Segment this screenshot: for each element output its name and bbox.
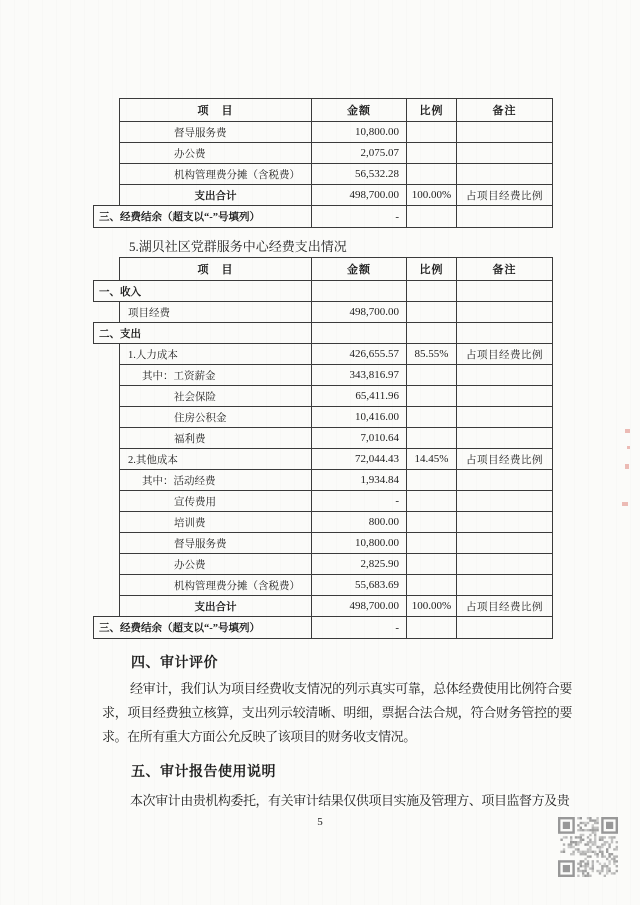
scan-edge-mark bbox=[625, 464, 629, 469]
ratio-cell bbox=[407, 512, 457, 532]
item-label: 2.其他成本 bbox=[128, 452, 178, 467]
audit-evaluation-paragraph: 经审计，我们认为项目经费收支情况的列示真实可靠，总体经费使用比例符合要求，项目经… bbox=[102, 677, 572, 749]
qr-code-stamp bbox=[558, 817, 618, 877]
amount-value: 10,416.00 bbox=[355, 411, 399, 423]
ratio-cell bbox=[407, 554, 457, 574]
amount-value: 498,700.00 bbox=[350, 306, 400, 318]
amount-value: 55,683.69 bbox=[355, 579, 399, 591]
item-cell: 机构管理费分摊（含税费） bbox=[120, 164, 312, 184]
item-label: 办公费 bbox=[174, 146, 206, 161]
ratio-value: 100.00% bbox=[412, 189, 451, 201]
table-header-row: 项 目 金额 比例 备注 bbox=[120, 258, 552, 281]
item-cell: 支出合计 bbox=[120, 596, 312, 616]
item-cell: 宣传费用 bbox=[120, 491, 312, 511]
item-cell: 三、经费结余（超支以“-”号填列） bbox=[120, 617, 312, 638]
item-label: 支出合计 bbox=[195, 599, 237, 614]
note-cell bbox=[457, 164, 552, 184]
table-row: 督导服务费 10,800.00 bbox=[120, 122, 552, 143]
note-value: 占项目经费比例 bbox=[466, 452, 543, 467]
header-cell: 金额 bbox=[312, 258, 407, 280]
amount-cell: 72,044.43 bbox=[312, 449, 407, 469]
item-label: 培训费 bbox=[174, 515, 206, 530]
table-header-row: 项 目 金额 比例 备注 bbox=[120, 99, 552, 122]
note-cell bbox=[457, 386, 552, 406]
item-cell: 1.人力成本 bbox=[120, 344, 312, 364]
item-label: 机构管理费分摊（含税费） bbox=[174, 167, 300, 182]
note-cell bbox=[457, 575, 552, 595]
column-label: 金额 bbox=[347, 261, 371, 277]
report-usage-paragraph: 本次审计由贵机构委托，有关审计结果仅供项目实施及管理方、项目监督方及贵 bbox=[102, 789, 572, 813]
note-cell bbox=[457, 470, 552, 490]
ratio-value: 85.55% bbox=[415, 348, 449, 360]
expense-table-main: 项 目 金额 比例 备注 一、收入 项目经费 498,700.00 二、支出 1… bbox=[119, 257, 553, 639]
ratio-cell bbox=[407, 491, 457, 511]
amount-cell: 1,934.84 bbox=[312, 470, 407, 490]
ratio-cell bbox=[407, 302, 457, 322]
note-cell bbox=[457, 302, 552, 322]
ratio-cell bbox=[407, 122, 457, 142]
note-cell bbox=[457, 365, 552, 385]
header-cell: 项 目 bbox=[120, 99, 312, 121]
item-label: 其中：活动经费 bbox=[142, 473, 216, 488]
column-label: 项 目 bbox=[198, 261, 234, 277]
item-label: 社会保险 bbox=[174, 389, 216, 404]
amount-cell: 343,816.97 bbox=[312, 365, 407, 385]
amount-value: 1,934.84 bbox=[361, 474, 400, 486]
amount-value: 498,700.00 bbox=[350, 600, 400, 612]
note-cell: 占项目经费比例 bbox=[457, 185, 552, 205]
amount-value: 426,655.57 bbox=[350, 348, 400, 360]
table-row: 福利费 7,010.64 bbox=[120, 428, 552, 449]
header-cell: 比例 bbox=[407, 99, 457, 121]
note-cell bbox=[457, 143, 552, 163]
note-cell bbox=[457, 323, 552, 343]
header-cell: 项 目 bbox=[120, 258, 312, 280]
column-label: 比例 bbox=[420, 261, 444, 277]
column-label: 比例 bbox=[420, 102, 444, 118]
ratio-cell: 100.00% bbox=[407, 185, 457, 205]
note-cell bbox=[457, 407, 552, 427]
item-cell: 办公费 bbox=[120, 143, 312, 163]
expense-table-top: 项 目 金额 比例 备注 督导服务费 10,800.00 办公费 2,075.0… bbox=[119, 98, 553, 228]
column-label: 金额 bbox=[347, 102, 371, 118]
amount-cell bbox=[312, 323, 407, 343]
item-label: 住房公积金 bbox=[174, 410, 227, 425]
note-cell: 占项目经费比例 bbox=[457, 344, 552, 364]
table-row: 项目经费 498,700.00 bbox=[120, 302, 552, 323]
ratio-cell bbox=[407, 617, 457, 638]
amount-value: 7,010.64 bbox=[361, 432, 400, 444]
section-5-heading: 5.湖贝社区党群服务中心经费支出情况 bbox=[129, 236, 347, 255]
item-cell: 项目经费 bbox=[120, 302, 312, 322]
note-cell bbox=[457, 554, 552, 574]
ratio-cell bbox=[407, 323, 457, 343]
item-label: 督导服务费 bbox=[174, 536, 227, 551]
item-cell: 其中：活动经费 bbox=[120, 470, 312, 490]
item-cell: 培训费 bbox=[120, 512, 312, 532]
ratio-cell bbox=[407, 470, 457, 490]
table-row: 培训费 800.00 bbox=[120, 512, 552, 533]
note-cell bbox=[457, 491, 552, 511]
ratio-cell bbox=[407, 428, 457, 448]
table-row: 其中：活动经费 1,934.84 bbox=[120, 470, 552, 491]
item-cell: 社会保险 bbox=[120, 386, 312, 406]
amount-cell: 800.00 bbox=[312, 512, 407, 532]
ratio-cell bbox=[407, 386, 457, 406]
table-row-total: 支出合计 498,700.00 100.00% 占项目经费比例 bbox=[120, 596, 552, 617]
table-row-section: 三、经费结余（超支以“-”号填列） - bbox=[120, 617, 552, 638]
amount-value: - bbox=[395, 622, 399, 634]
note-cell bbox=[457, 617, 552, 638]
item-cell: 督导服务费 bbox=[120, 122, 312, 142]
item-label: 1.人力成本 bbox=[128, 347, 178, 362]
table-row: 住房公积金 10,416.00 bbox=[120, 407, 552, 428]
item-label: 三、经费结余（超支以“-”号填列） bbox=[99, 209, 260, 224]
item-label: 二、支出 bbox=[99, 326, 141, 341]
item-label: 机构管理费分摊（含税费） bbox=[174, 578, 300, 593]
amount-cell: - bbox=[312, 491, 407, 511]
amount-cell: - bbox=[312, 617, 407, 638]
table-row: 机构管理费分摊（含税费） 56,532.28 bbox=[120, 164, 552, 185]
report-usage-heading: 五、审计报告使用说明 bbox=[131, 761, 276, 781]
amount-cell bbox=[312, 281, 407, 301]
table-row: 机构管理费分摊（含税费） 55,683.69 bbox=[120, 575, 552, 596]
item-label: 办公费 bbox=[174, 557, 206, 572]
item-cell: 支出合计 bbox=[120, 185, 312, 205]
item-cell: 二、支出 bbox=[120, 323, 312, 343]
amount-value: 56,532.28 bbox=[355, 168, 399, 180]
table-row: 办公费 2,825.90 bbox=[120, 554, 552, 575]
item-cell: 住房公积金 bbox=[120, 407, 312, 427]
item-cell: 2.其他成本 bbox=[120, 449, 312, 469]
item-cell: 办公费 bbox=[120, 554, 312, 574]
item-label: 三、经费结余（超支以“-”号填列） bbox=[99, 620, 260, 635]
note-cell: 占项目经费比例 bbox=[457, 449, 552, 469]
amount-value: - bbox=[395, 495, 399, 507]
amount-cell: 65,411.96 bbox=[312, 386, 407, 406]
item-label: 督导服务费 bbox=[174, 125, 227, 140]
ratio-cell bbox=[407, 281, 457, 301]
header-cell: 备注 bbox=[457, 99, 552, 121]
item-cell: 督导服务费 bbox=[120, 533, 312, 553]
table-row: 宣传费用 - bbox=[120, 491, 552, 512]
amount-cell: 56,532.28 bbox=[312, 164, 407, 184]
amount-value: 10,800.00 bbox=[355, 537, 399, 549]
item-cell: 一、收入 bbox=[120, 281, 312, 301]
table-row: 2.其他成本 72,044.43 14.45% 占项目经费比例 bbox=[120, 449, 552, 470]
amount-value: 2,075.07 bbox=[361, 147, 400, 159]
table-row-section: 三、经费结余（超支以“-”号填列） - bbox=[120, 206, 552, 227]
ratio-cell: 85.55% bbox=[407, 344, 457, 364]
ratio-cell bbox=[407, 575, 457, 595]
item-label: 福利费 bbox=[174, 431, 206, 446]
item-label: 支出合计 bbox=[195, 188, 237, 203]
amount-cell: - bbox=[312, 206, 407, 227]
amount-value: 800.00 bbox=[369, 516, 399, 528]
item-cell: 三、经费结余（超支以“-”号填列） bbox=[120, 206, 312, 227]
table-row: 社会保险 65,411.96 bbox=[120, 386, 552, 407]
amount-cell: 426,655.57 bbox=[312, 344, 407, 364]
ratio-cell bbox=[407, 365, 457, 385]
amount-cell: 10,416.00 bbox=[312, 407, 407, 427]
amount-cell: 10,800.00 bbox=[312, 533, 407, 553]
amount-value: 498,700.00 bbox=[350, 189, 400, 201]
item-label: 宣传费用 bbox=[174, 494, 216, 509]
note-cell bbox=[457, 122, 552, 142]
scan-edge-mark bbox=[622, 502, 628, 506]
table-row-section: 二、支出 bbox=[120, 323, 552, 344]
header-cell: 比例 bbox=[407, 258, 457, 280]
table-row: 1.人力成本 426,655.57 85.55% 占项目经费比例 bbox=[120, 344, 552, 365]
item-label: 一、收入 bbox=[99, 284, 141, 299]
note-cell bbox=[457, 206, 552, 227]
ratio-cell bbox=[407, 533, 457, 553]
column-label: 备注 bbox=[493, 102, 517, 118]
amount-cell: 498,700.00 bbox=[312, 185, 407, 205]
amount-cell: 2,075.07 bbox=[312, 143, 407, 163]
table-row-total: 支出合计 498,700.00 100.00% 占项目经费比例 bbox=[120, 185, 552, 206]
ratio-cell bbox=[407, 407, 457, 427]
note-value: 占项目经费比例 bbox=[466, 188, 543, 203]
note-cell bbox=[457, 512, 552, 532]
amount-value: 343,816.97 bbox=[350, 369, 400, 381]
table-row: 办公费 2,075.07 bbox=[120, 143, 552, 164]
amount-cell: 2,825.90 bbox=[312, 554, 407, 574]
audit-evaluation-heading: 四、审计评价 bbox=[131, 652, 218, 672]
ratio-value: 100.00% bbox=[412, 600, 451, 612]
note-value: 占项目经费比例 bbox=[466, 599, 543, 614]
ratio-value: 14.45% bbox=[415, 453, 449, 465]
ratio-cell bbox=[407, 143, 457, 163]
ratio-cell bbox=[407, 206, 457, 227]
note-value: 占项目经费比例 bbox=[466, 347, 543, 362]
scan-edge-mark bbox=[627, 446, 630, 449]
ratio-cell: 100.00% bbox=[407, 596, 457, 616]
amount-value: - bbox=[395, 211, 399, 223]
amount-cell: 498,700.00 bbox=[312, 302, 407, 322]
header-cell: 备注 bbox=[457, 258, 552, 280]
amount-value: 65,411.96 bbox=[355, 390, 399, 402]
amount-value: 72,044.43 bbox=[355, 453, 399, 465]
note-cell bbox=[457, 533, 552, 553]
amount-value: 10,800.00 bbox=[355, 126, 399, 138]
note-cell bbox=[457, 428, 552, 448]
amount-cell: 7,010.64 bbox=[312, 428, 407, 448]
note-cell: 占项目经费比例 bbox=[457, 596, 552, 616]
item-label: 项目经费 bbox=[128, 305, 170, 320]
table-row: 其中：工资薪金 343,816.97 bbox=[120, 365, 552, 386]
page-number: 5 bbox=[0, 816, 640, 828]
item-cell: 福利费 bbox=[120, 428, 312, 448]
scan-edge-mark bbox=[625, 429, 630, 433]
column-label: 项 目 bbox=[198, 102, 234, 118]
amount-cell: 10,800.00 bbox=[312, 122, 407, 142]
amount-cell: 55,683.69 bbox=[312, 575, 407, 595]
table-row: 督导服务费 10,800.00 bbox=[120, 533, 552, 554]
ratio-cell bbox=[407, 164, 457, 184]
amount-cell: 498,700.00 bbox=[312, 596, 407, 616]
item-cell: 其中：工资薪金 bbox=[120, 365, 312, 385]
amount-value: 2,825.90 bbox=[361, 558, 400, 570]
note-cell bbox=[457, 281, 552, 301]
header-cell: 金额 bbox=[312, 99, 407, 121]
item-label: 其中：工资薪金 bbox=[142, 368, 216, 383]
item-cell: 机构管理费分摊（含税费） bbox=[120, 575, 312, 595]
column-label: 备注 bbox=[493, 261, 517, 277]
ratio-cell: 14.45% bbox=[407, 449, 457, 469]
table-row-section: 一、收入 bbox=[120, 281, 552, 302]
